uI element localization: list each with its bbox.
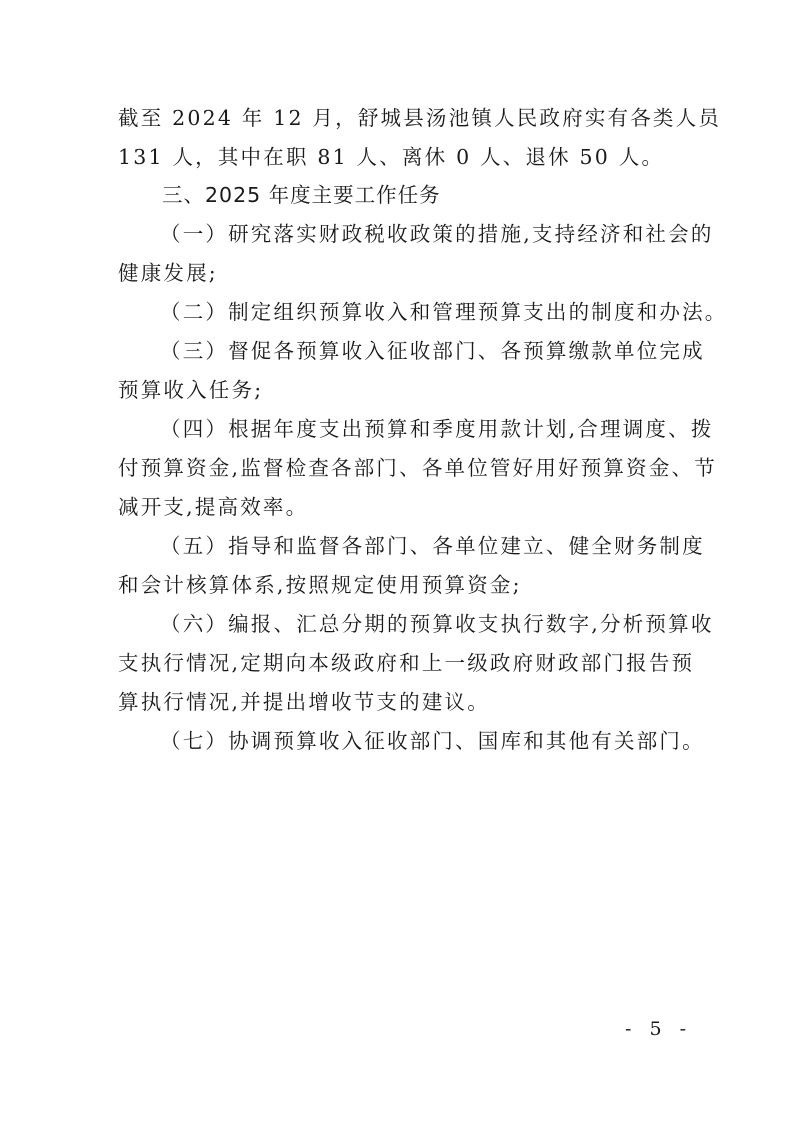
task-6-line-2: 支执行情况,定期向本级政府和上一级政府财政部门报告预 (118, 650, 678, 676)
staff-paragraph-line-2: 131 人，其中在职 81 人、离休 0 人、退休 50 人。 (118, 144, 678, 170)
document-page: 截至 2024 年 12 月，舒城县汤池镇人民政府实有各类人员 131 人，其中… (0, 0, 793, 1122)
task-2-line-1: （二）制定组织预算收入和管理预算支出的制度和办法。 (160, 299, 680, 325)
task-6-line-3: 算执行情况,并提出增收节支的建议。 (118, 689, 678, 715)
task-3-line-1: （三）督促各预算收入征收部门、各预算缴款单位完成 (160, 338, 680, 364)
task-4-line-1: （四）根据年度支出预算和季度用款计划,合理调度、拨 (160, 416, 680, 442)
staff-paragraph-line-1: 截至 2024 年 12 月，舒城县汤池镇人民政府实有各类人员 (118, 105, 678, 131)
task-4-line-3: 减开支,提高效率。 (118, 494, 678, 520)
task-3-line-2: 预算收入任务; (118, 377, 678, 403)
page-number: - 5 - (625, 1018, 692, 1040)
task-5-line-1: （五）指导和监督各部门、各单位建立、健全财务制度 (160, 533, 680, 559)
section-heading: 三、2025 年度主要工作任务 (162, 182, 722, 208)
task-6-line-1: （六）编报、汇总分期的预算收支执行数字,分析预算收 (160, 611, 680, 637)
task-1-line-2: 健康发展; (118, 260, 678, 286)
task-4-line-2: 付预算资金,监督检查各部门、各单位管好用好预算资金、节 (118, 455, 678, 481)
task-7-line-1: （七）协调预算收入征收部门、国库和其他有关部门。 (160, 728, 680, 754)
task-1-line-1: （一）研究落实财政税收政策的措施,支持经济和社会的 (160, 221, 680, 247)
task-5-line-2: 和会计核算体系,按照规定使用预算资金; (118, 572, 678, 598)
